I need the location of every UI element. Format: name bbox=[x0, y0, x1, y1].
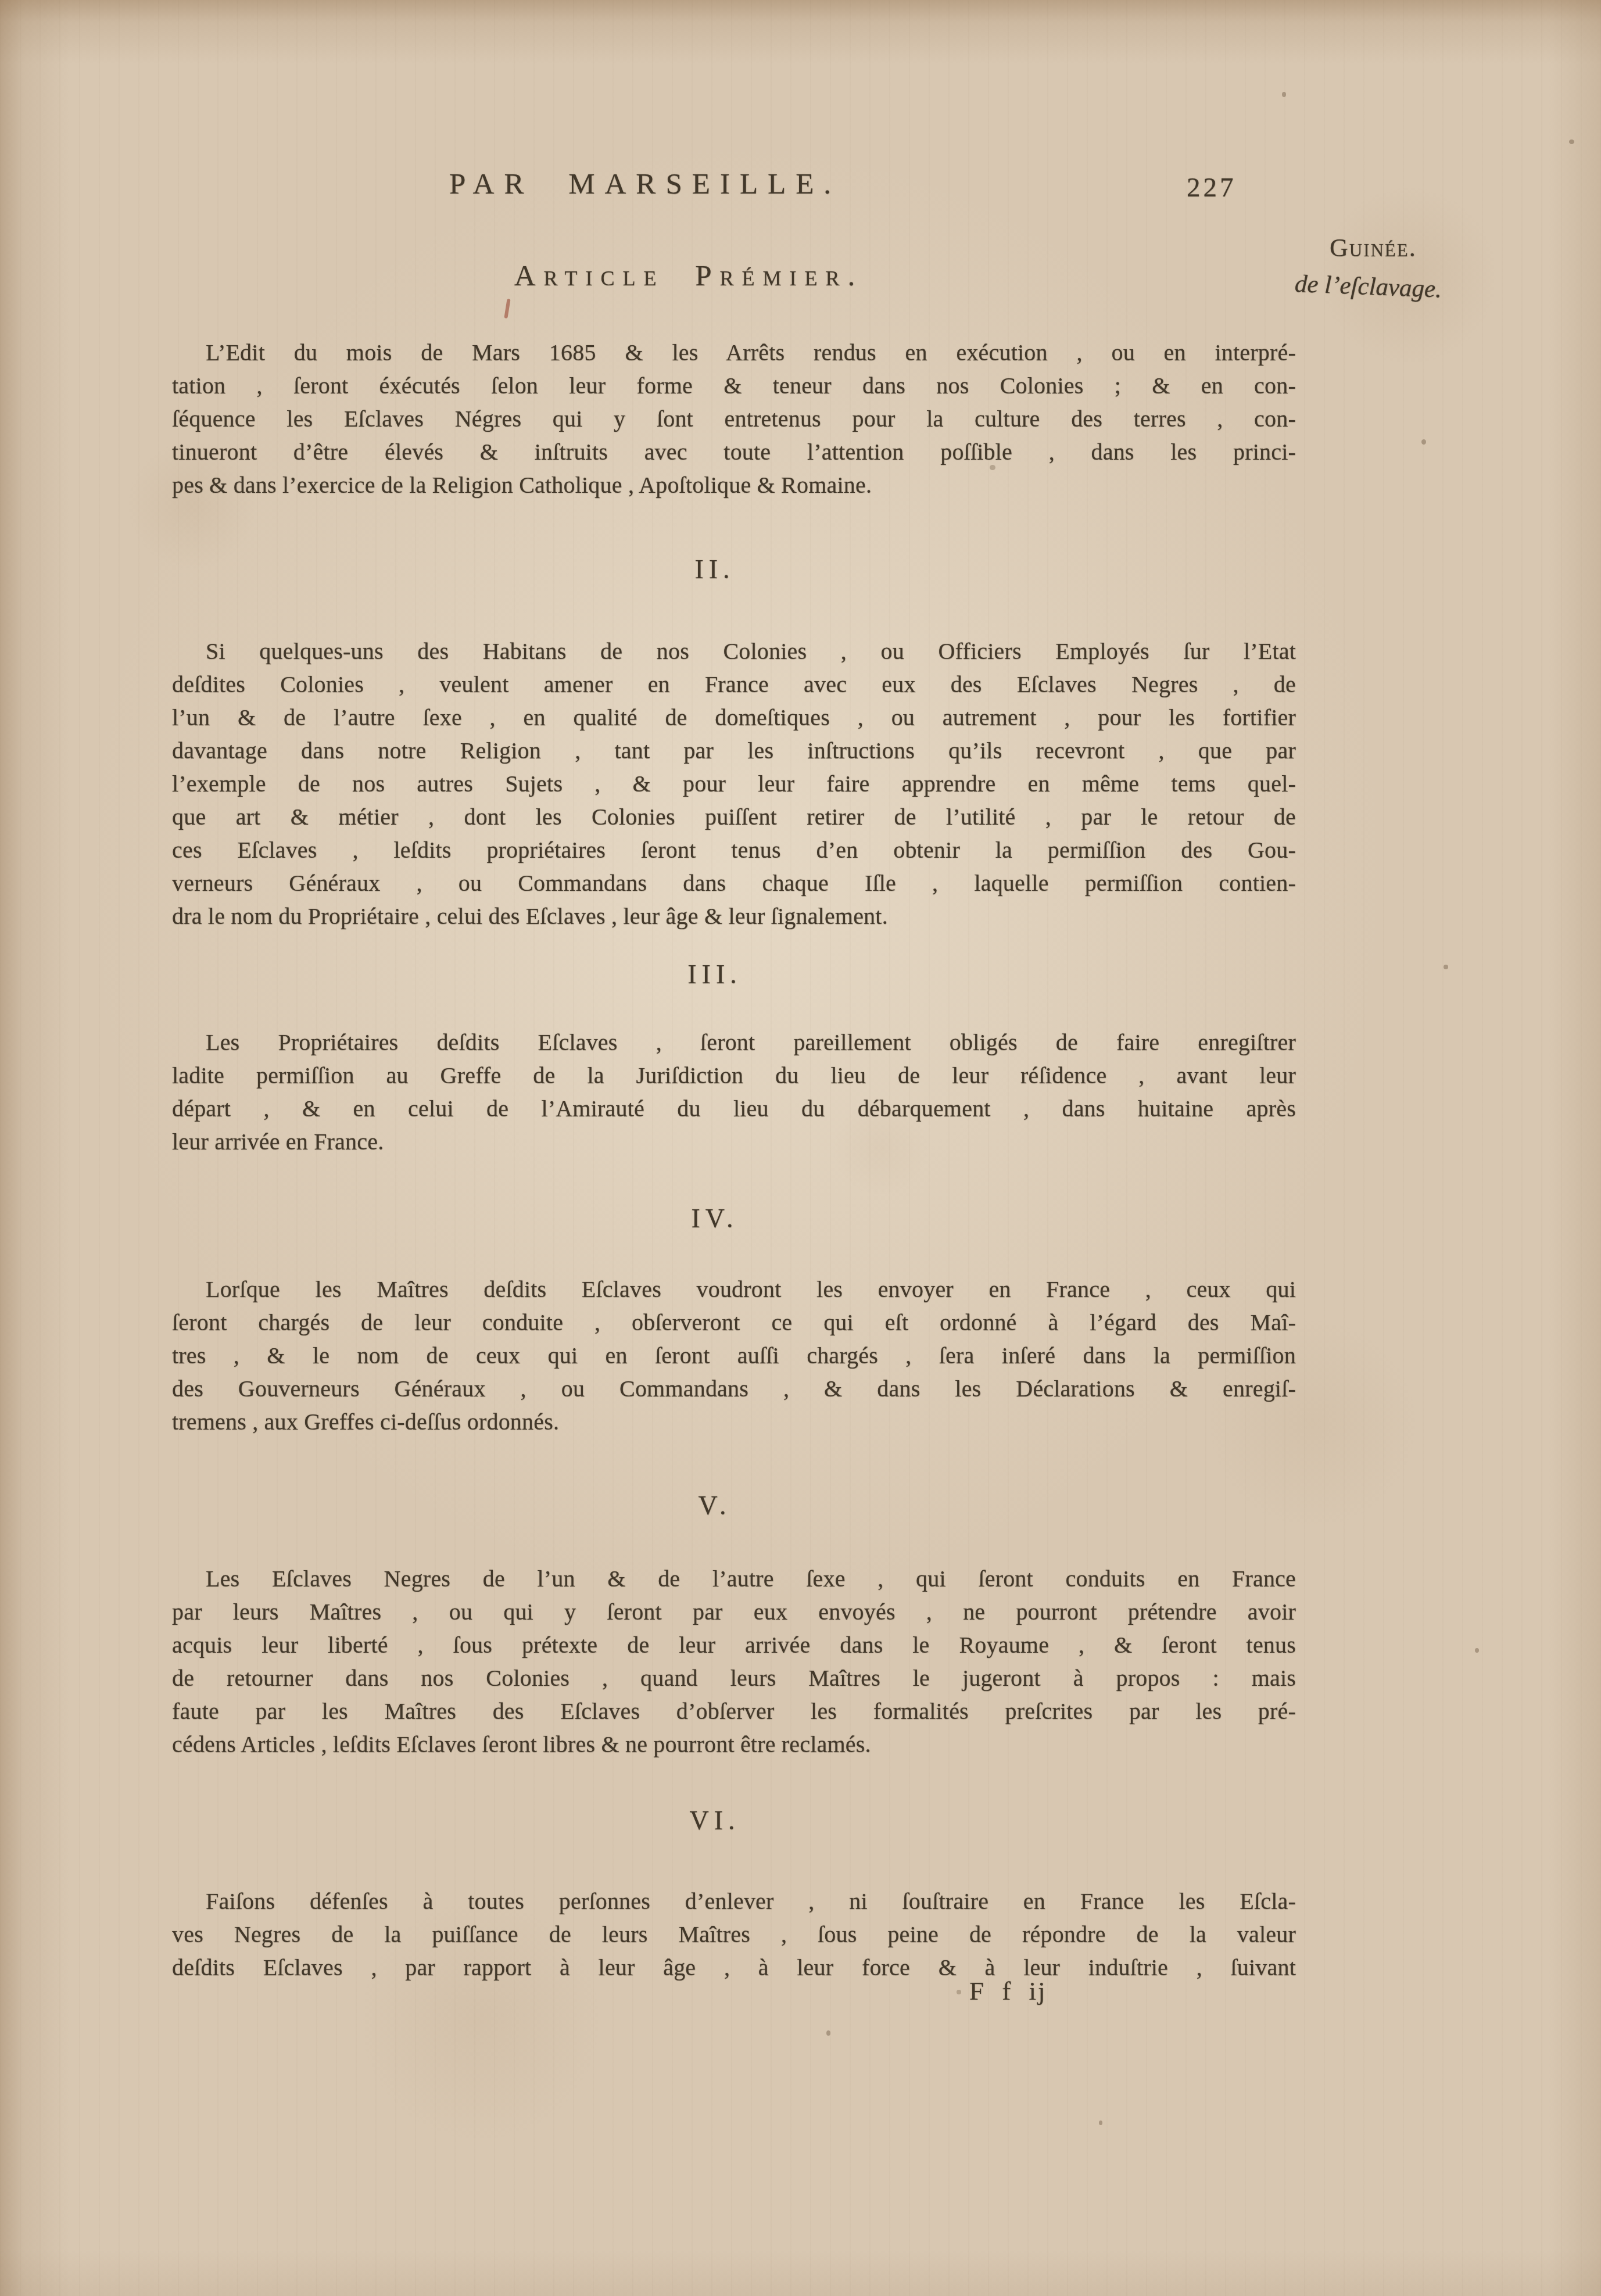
page-number: 227 bbox=[1187, 172, 1237, 203]
text-line: pes & dans l’exercice de la Religion Cat… bbox=[172, 468, 1296, 502]
running-title: PAR MARSEILLE. bbox=[171, 167, 1119, 201]
paper-speck bbox=[1282, 92, 1286, 97]
text-line: cédens Articles , leſdits Eſclaves ſeron… bbox=[172, 1728, 1296, 1761]
section-heading-2: II. bbox=[171, 554, 1258, 585]
text-line: par leurs Maîtres , ou qui y ſeront par … bbox=[172, 1595, 1296, 1628]
paper-speck bbox=[1421, 439, 1426, 445]
text-line: tation , ſeront éxécutés ſelon leur form… bbox=[172, 369, 1296, 402]
text-line: de retourner dans nos Colonies , quand l… bbox=[172, 1661, 1296, 1695]
text-line: ſéquence les Eſclaves Négres qui y ſont … bbox=[172, 402, 1296, 435]
paper-speck bbox=[1444, 965, 1448, 969]
text-line: l’exemple de nos autres Sujets , & pour … bbox=[172, 767, 1296, 800]
text-line: faute par les Maîtres des Eſclaves d’obſ… bbox=[172, 1695, 1296, 1728]
section-heading-5: V. bbox=[171, 1490, 1258, 1521]
text-line: ladite permiſſion au Greffe de la Juriſd… bbox=[172, 1059, 1296, 1092]
ink-stain bbox=[504, 299, 510, 319]
text-line: Si quelques-uns des Habitans de nos Colo… bbox=[172, 635, 1296, 668]
section-heading-6: VI. bbox=[171, 1805, 1258, 1836]
text-line: verneurs Généraux , ou Commandans dans c… bbox=[172, 866, 1296, 900]
text-line: leur arrivée en France. bbox=[172, 1125, 1296, 1158]
margin-note: Guinée. de l’eſclavage. bbox=[1295, 230, 1597, 302]
section-paragraph-6: Faiſons défenſes à toutes perſonnes d’en… bbox=[172, 1885, 1296, 1984]
section-heading-3: III. bbox=[171, 959, 1258, 990]
paper-speck bbox=[1569, 139, 1574, 144]
section-heading-4: IV. bbox=[171, 1203, 1258, 1234]
text-line: ces Eſclaves , leſdits propriétaires ſer… bbox=[172, 833, 1296, 866]
text-line: dra le nom du Propriétaire , celui des E… bbox=[172, 900, 1296, 933]
text-line: deſdits Eſclaves , par rapport à leur âg… bbox=[172, 1951, 1296, 1984]
text-line: des Gouverneurs Généraux , ou Commandans… bbox=[172, 1372, 1296, 1405]
margin-note-subtopic: de l’eſclavage. bbox=[1294, 266, 1598, 314]
book-page-scan: PAR MARSEILLE. 227 Guinée. de l’eſclavag… bbox=[0, 0, 1601, 2296]
margin-note-topic: Guinée. bbox=[1295, 230, 1597, 266]
text-line: Les Propriétaires deſdits Eſclaves , ſer… bbox=[172, 1026, 1296, 1059]
article-heading: Article Prémier. bbox=[171, 259, 1206, 293]
section-paragraph-4: Lorſque les Maîtres deſdits Eſclaves vou… bbox=[172, 1273, 1296, 1438]
text-line: ſeront chargés de leur conduite , obſerv… bbox=[172, 1306, 1296, 1339]
paper-speck bbox=[826, 2030, 830, 2036]
text-line: acquis leur liberté , ſous prétexte de l… bbox=[172, 1628, 1296, 1661]
text-line: deſdites Colonies , veulent amener en Fr… bbox=[172, 668, 1296, 701]
paper-speck bbox=[957, 1990, 961, 1994]
text-line: tremens , aux Greffes ci-deſſus ordonnés… bbox=[172, 1405, 1296, 1438]
text-line: que art & métier , dont les Colonies pui… bbox=[172, 800, 1296, 833]
text-line: tinueront d’être élevés & inſtruits avec… bbox=[172, 435, 1296, 468]
paper-speck bbox=[1475, 1648, 1479, 1653]
text-line: Les Eſclaves Negres de l’un & de l’autre… bbox=[172, 1562, 1296, 1595]
section-paragraph-2: Si quelques-uns des Habitans de nos Colo… bbox=[172, 635, 1296, 933]
paper-speck bbox=[1099, 2121, 1102, 2125]
section-paragraph-5: Les Eſclaves Negres de l’un & de l’autre… bbox=[172, 1562, 1296, 1761]
text-line: ves Negres de la puiſſance de leurs Maît… bbox=[172, 1918, 1296, 1951]
signature-mark: F f ij bbox=[969, 1976, 1047, 2006]
section-paragraph-1: L’Edit du mois de Mars 1685 & les Arrêts… bbox=[172, 336, 1296, 502]
text-line: tres , & le nom de ceux qui en ſeront au… bbox=[172, 1339, 1296, 1372]
text-line: L’Edit du mois de Mars 1685 & les Arrêts… bbox=[172, 336, 1296, 369]
text-line: Lorſque les Maîtres deſdits Eſclaves vou… bbox=[172, 1273, 1296, 1306]
text-line: davantage dans notre Religion , tant par… bbox=[172, 734, 1296, 767]
text-line: départ , & en celui de l’Amirauté du lie… bbox=[172, 1092, 1296, 1125]
text-line: Faiſons défenſes à toutes perſonnes d’en… bbox=[172, 1885, 1296, 1918]
section-paragraph-3: Les Propriétaires deſdits Eſclaves , ſer… bbox=[172, 1026, 1296, 1158]
text-line: l’un & de l’autre ſexe , en qualité de d… bbox=[172, 701, 1296, 734]
